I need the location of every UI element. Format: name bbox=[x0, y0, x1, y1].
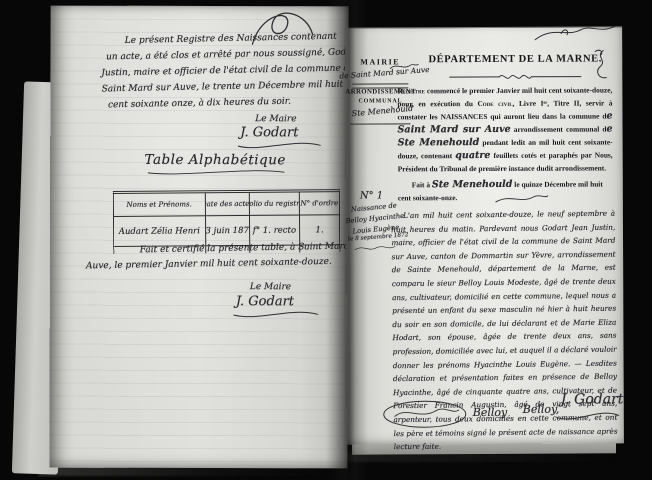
mairie-commune-handwritten: de Saint Mard sur Auve bbox=[339, 65, 425, 80]
register-scan: Le présent Registre des Naissances conte… bbox=[0, 0, 652, 480]
page-title: DÉPARTEMENT DE LA MARNE. bbox=[417, 53, 613, 65]
certification-statement: Fait et certifié la présente table, à Sa… bbox=[80, 242, 349, 281]
table-cell-name: Audart Zélia Henri bbox=[114, 216, 206, 246]
preamble-text: arrondissement communal d bbox=[511, 124, 607, 133]
act-heading-flourish-icon bbox=[494, 192, 550, 206]
mairie-label: MAIRIE bbox=[345, 57, 415, 66]
closing-statement: Le présent Registre des Naissances conte… bbox=[90, 29, 354, 118]
preamble-naissances: NAISSANCES bbox=[441, 112, 488, 121]
witness-signature: Belloy bbox=[473, 406, 508, 419]
table-header-cell: Folio du registre bbox=[249, 192, 299, 214]
closing-line: Justin, maire et officier de l'état civi… bbox=[101, 63, 355, 78]
table-cell-date: 13 juin 1871 bbox=[206, 216, 250, 245]
closing-line: Saint Mard sur Auve, le trente un Décemb… bbox=[102, 80, 344, 95]
closing-line: un acte, a été clos et arrêté par nous s… bbox=[106, 47, 360, 62]
title-underline-flourish-icon bbox=[146, 168, 286, 176]
preamble-text: qui auront lieu dans la commune d bbox=[487, 111, 606, 121]
closing-signoff-role: Le Maire bbox=[255, 114, 296, 124]
preamble-text: Code civil bbox=[477, 99, 512, 108]
table-header-cell: Noms et Prénoms. bbox=[114, 193, 206, 216]
table-header-row: Noms et Prénoms. Date des actes Folio du… bbox=[114, 192, 339, 217]
certification-signoff-role: Le Maire bbox=[250, 282, 291, 292]
margin-note-squiggle-icon bbox=[354, 244, 396, 252]
mayor-signature: J. Godart bbox=[561, 391, 624, 407]
register-preamble: Registre commencé le premier Janvier mil… bbox=[397, 83, 612, 175]
mayor-signature: J. Godart bbox=[240, 125, 298, 140]
table-cell-folio: f° 1. recto bbox=[250, 215, 301, 244]
closing-line: Le présent Registre des Naissances conte… bbox=[125, 32, 337, 46]
table-header-cell: Date des actes bbox=[205, 193, 249, 215]
fait-text: Fait à bbox=[398, 180, 432, 189]
signature-flourish-icon bbox=[232, 309, 320, 319]
witness-signature-flourish-icon bbox=[381, 398, 469, 430]
act-number: N° 1 bbox=[360, 190, 383, 201]
table-title: Table Alphabétique bbox=[80, 152, 350, 169]
corner-scrawl-icon bbox=[533, 21, 617, 43]
table-cell-order: 1. bbox=[300, 215, 339, 244]
count-handwritten-fill: quatre bbox=[455, 150, 490, 161]
divider-ornament-icon bbox=[449, 72, 581, 83]
left-page: Le présent Registre des Naissances conte… bbox=[49, 6, 348, 469]
signature-flourish-icon bbox=[236, 140, 322, 150]
certification-line: Auve, le premier Janvier mil huit cent s… bbox=[86, 257, 332, 272]
mayor-signature: J. Godart bbox=[236, 294, 294, 309]
signature-flourish-icon bbox=[555, 409, 621, 421]
preamble-text: Registre bbox=[397, 86, 425, 95]
closing-line: cent soixante onze, à dix heures du soir… bbox=[108, 97, 291, 111]
right-page: MAIRIE de Saint Mard sur Auve ARRONDISSE… bbox=[345, 26, 624, 444]
table-header-cell: N° d'ordre bbox=[300, 192, 339, 214]
fait-place-handwritten: Ste Menehould bbox=[432, 179, 513, 190]
